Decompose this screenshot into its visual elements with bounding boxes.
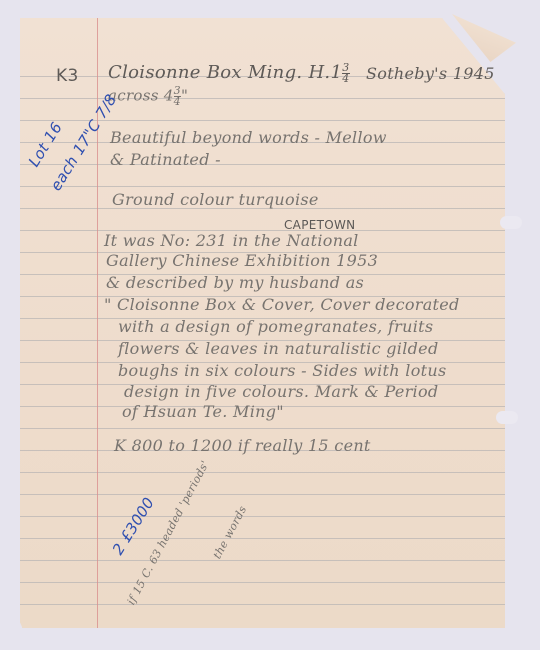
note-line: of Hsuan Te. Ming" — [122, 402, 284, 421]
height-fraction: 34 — [342, 63, 349, 84]
note-line: & Patinated - — [110, 150, 221, 169]
source-sale: Sotheby's 1945 — [366, 64, 495, 83]
width-measure: across 434" — [108, 86, 188, 107]
reference-code: K3 — [56, 66, 79, 86]
note-line: Ground colour turquoise — [112, 190, 319, 209]
note-line: Gallery Chinese Exhibition 1953 — [106, 251, 378, 270]
note-line: boughs in six colours - Sides with lotus — [118, 361, 446, 380]
note-line: It was No: 231 in the National — [104, 231, 359, 250]
estimate-line: K 800 to 1200 if really 15 cent — [114, 436, 371, 455]
title-text: Cloisonne Box Ming. H.1 — [108, 62, 342, 83]
insertion-capetown: CAPETOWN — [284, 218, 355, 232]
note-line: & described by my husband as — [106, 273, 364, 292]
item-title: Cloisonne Box Ming. H.134 — [108, 62, 350, 84]
note-line: flowers & leaves in naturalistic gilded — [118, 339, 438, 358]
note-line: with a design of pomegranates, fruits — [118, 317, 433, 336]
punch-hole-top — [500, 216, 522, 229]
note-line: design in five colours. Mark & Period — [124, 382, 438, 401]
punch-hole-bottom — [496, 411, 518, 424]
note-line: " Cloisonne Box & Cover, Cover decorated — [104, 295, 460, 314]
note-line: Beautiful beyond words - Mellow — [110, 128, 387, 147]
